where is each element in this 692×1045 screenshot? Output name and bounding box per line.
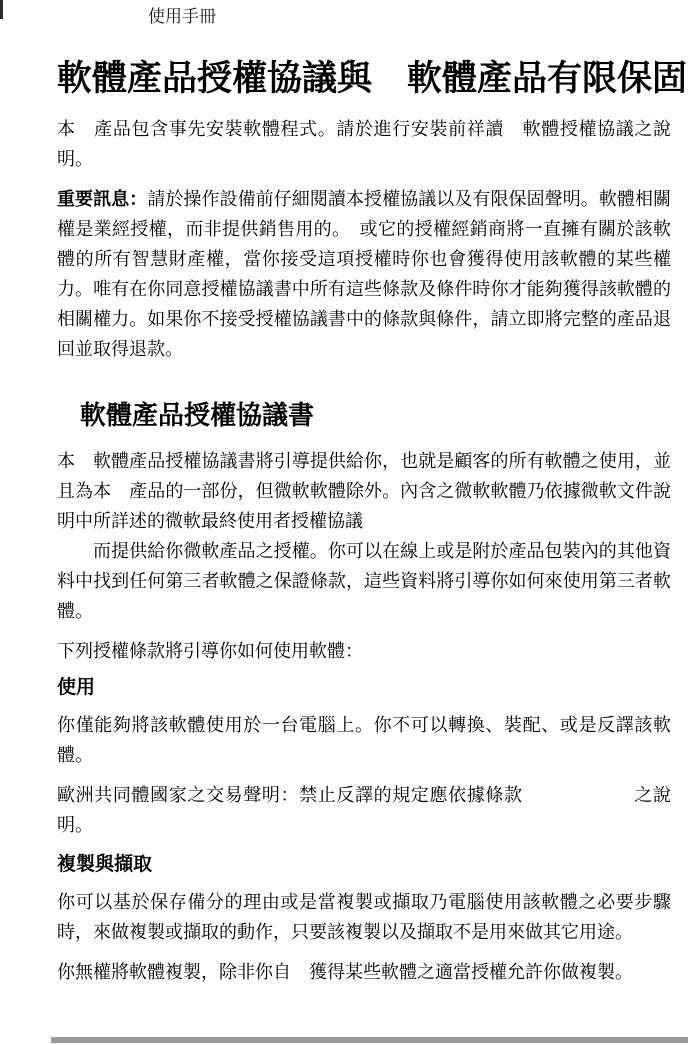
page-content: 軟體產品授權協議與 軟體產品有限保固 本 產品包含事先安裝軟體程式。請於進行安裝…: [57, 56, 671, 997]
copy-paragraph-2: 你無權將軟體複製，除非你自 獲得某些軟體之適當授權允許你做複製。: [57, 957, 671, 987]
intro-paragraph: 本 產品包含事先安裝軟體程式。請於進行安裝前祥讀 軟體授權協議之說明。: [57, 114, 671, 174]
copy-paragraph-1: 你可以基於保存備分的理由或是當複製或擷取乃電腦使用該軟體之必要步驟時，來做複製或…: [57, 887, 671, 947]
footer-rule: [51, 1037, 688, 1043]
important-notice-label: 重要訊息：: [57, 189, 147, 209]
use-section-heading: 使用: [57, 673, 671, 703]
important-notice: 重要訊息：請於操作設備前仔細閱讀本授權協議以及有限保固聲明。軟體相關權是業經授權…: [57, 184, 671, 364]
license-section-heading: 軟體產品授權協議書: [57, 398, 671, 432]
important-notice-text: 請於操作設備前仔細閱讀本授權協議以及有限保固聲明。軟體相關權是業經授權，而非提供…: [57, 189, 671, 359]
use-paragraph-2: 歐洲共同體國家之交易聲明：禁止反譯的規定應依據條款 之說明。: [57, 780, 671, 840]
use-paragraph-1: 你僅能夠將該軟體使用於一台電腦上。你不可以轉換、裝配、或是反譯該軟體。: [57, 710, 671, 770]
license-lead-paragraph: 本 軟體產品授權協議書將引導提供給你，也就是顧客的所有軟體之使用，並且為本 產品…: [57, 446, 671, 536]
running-header: 使用手冊: [148, 6, 216, 28]
page-edge-mark: [0, 0, 3, 19]
copy-section-heading: 複製與擷取: [57, 850, 671, 880]
terms-intro-paragraph: 下列授權條款將引導你如何使用軟體：: [57, 636, 671, 666]
document-title: 軟體產品授權協議與 軟體產品有限保固: [57, 56, 671, 102]
license-lead-continuation: 而提供給你微軟產品之授權。你可以在線上或是附於產品包裝內的其他資料中找到任何第三…: [57, 536, 671, 626]
